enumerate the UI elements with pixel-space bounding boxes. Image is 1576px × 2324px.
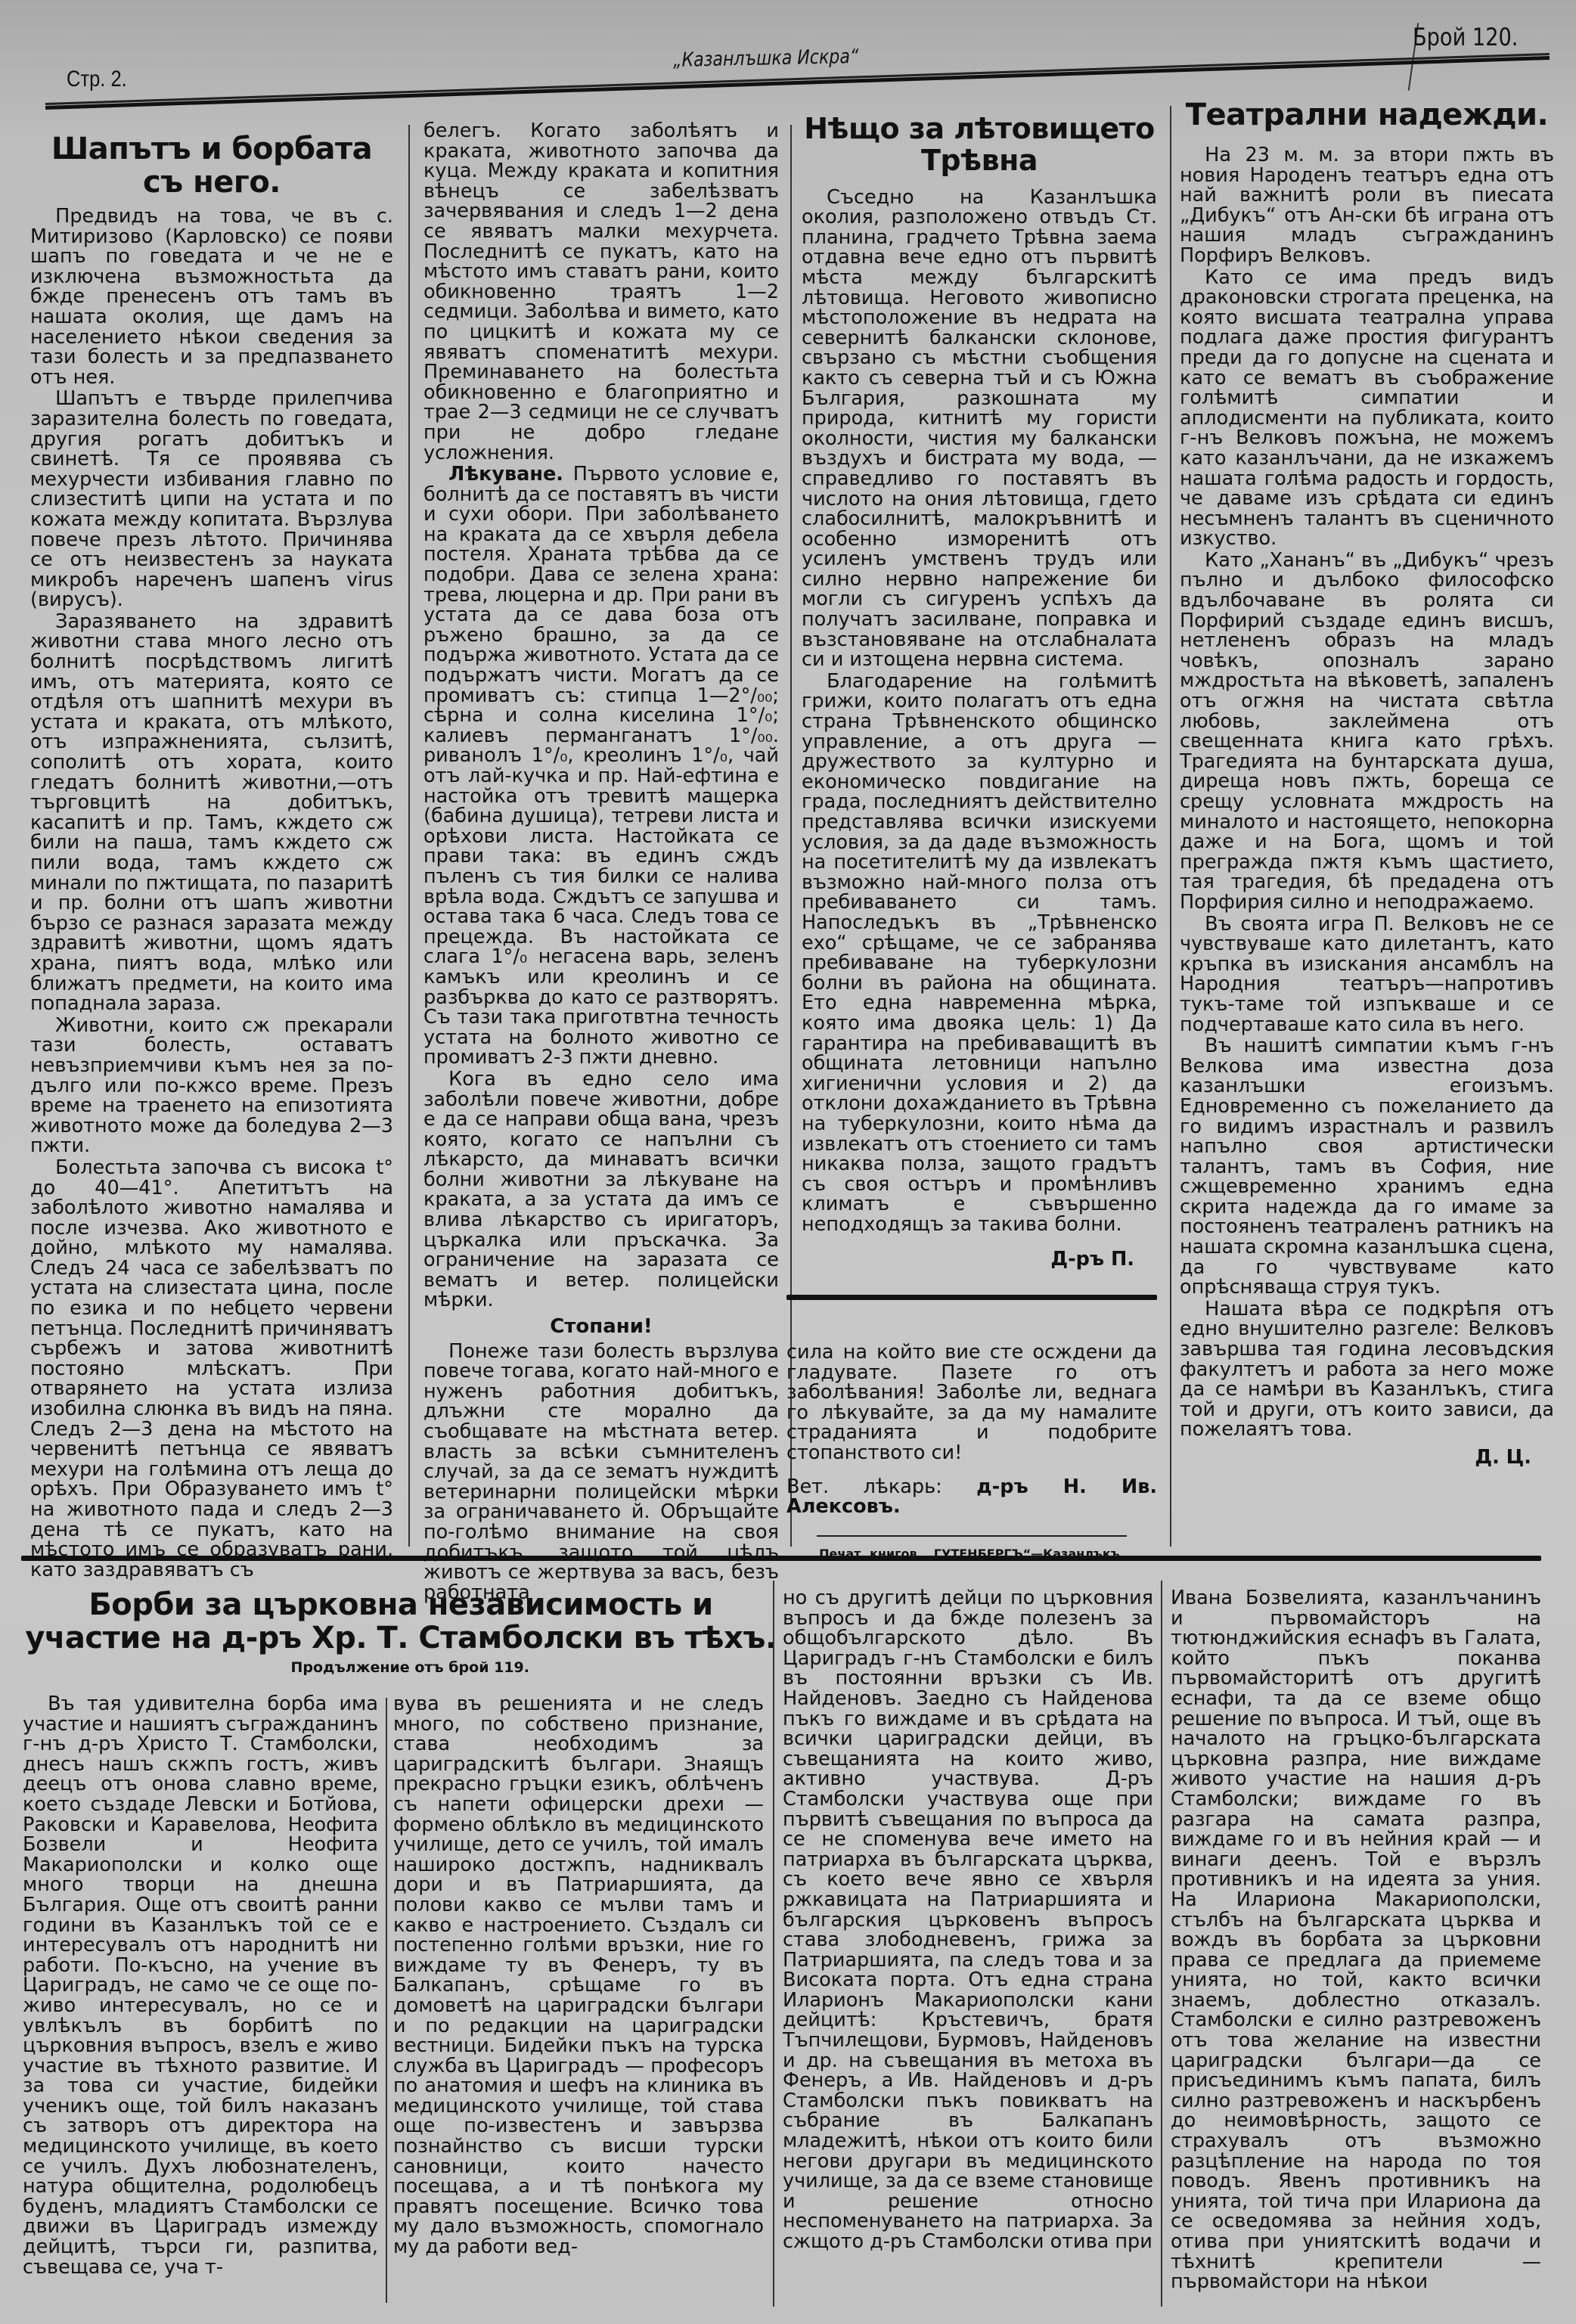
article-title-theatre: Театрални надежди. — [1180, 98, 1554, 132]
signature: Д-ръ П. — [802, 1249, 1157, 1270]
article-church-col1: Въ тая удивителна борба има участие и на… — [23, 1694, 378, 2279]
paragraph: но съ другитѣ дейци по църковния въпросъ… — [783, 1588, 1153, 2252]
continuation-note: Продължение отъ брой 119. — [23, 1659, 779, 1676]
paragraph: Шапътъ е твърде прилепчива заразителна б… — [30, 389, 393, 610]
paragraph: вува въ решенията и не следъ много, по с… — [393, 1694, 764, 2257]
article-title-shap: Шапътъ и борбата съ него. — [30, 132, 393, 199]
article-shap-col2: белегъ. Когато заболѣятъ и краката, живо… — [423, 121, 779, 1604]
article-church-col4: Ивана Бозвелията, казанлъчанинъ и първом… — [1171, 1588, 1541, 2294]
column-divider — [1170, 106, 1171, 1547]
treatment-label: Лѣкуване. — [448, 463, 563, 486]
paragraph: сила на който вие сте осждени да гладува… — [786, 1342, 1157, 1463]
paragraph: На 23 м. м. за втори пжть въ новия Народ… — [1180, 145, 1554, 266]
paragraph: Първото условие е, болнитѣ да се поставя… — [423, 463, 779, 1069]
paragraph: Ивана Бозвелията, казанлъчанинъ и първом… — [1171, 1588, 1541, 2292]
article-theatre: Театрални надежди. На 23 м. м. за втори … — [1180, 98, 1554, 1468]
article-church-col3: но съ другитѣ дейци по църковния въпросъ… — [783, 1588, 1153, 2254]
signature: Д. Ц. — [1180, 1447, 1554, 1468]
column-divider — [408, 125, 410, 1547]
paragraph: Кога въ едно село има заболѣли повече жи… — [423, 1069, 779, 1311]
appeal-heading: Стопани! — [423, 1317, 779, 1337]
column-divider — [386, 1698, 387, 2303]
article-church-header: Борби за църковна независимость и участи… — [23, 1588, 779, 1676]
article-church-col2: вува въ решенията и не следъ много, по с… — [393, 1694, 764, 2259]
newspaper-page: Стр. 2. „Казанлъшка Искра“ Брой 120. Шап… — [0, 0, 1576, 2324]
paragraph: Заразяването на здравитѣ животни става м… — [30, 612, 393, 1014]
paragraph: белегъ. Когато заболѣятъ и краката, живо… — [423, 121, 779, 463]
paragraph: Въ своята игра П. Велковъ не се чувствув… — [1180, 914, 1554, 1035]
column-divider — [1161, 1581, 1162, 2307]
section-rule — [786, 1295, 1157, 1300]
section-rule — [21, 1556, 1541, 1561]
paragraph: Нашата вѣра се подкрѣпя отъ едно внушите… — [1180, 1299, 1554, 1440]
paragraph: Съседно на Казанлъшка околия, разположен… — [802, 188, 1157, 670]
column-divider — [790, 125, 792, 1547]
article-title-tryavna: Нѣщо за лѣтовището Трѣвна — [802, 113, 1157, 177]
newspaper-name: „Казанлъшка Искра“ — [673, 45, 859, 72]
paragraph: Понеже тази болесть вързлува повече тога… — [423, 1342, 779, 1603]
page-number: Стр. 2. — [67, 67, 127, 92]
article-shap-end: сила на който вие сте осждени да гладува… — [786, 1342, 1157, 1564]
paragraph: Като се има предъ видъ драконовски строг… — [1180, 268, 1554, 549]
signature-prefix: Вет. лѣкарь: — [786, 1475, 942, 1498]
paragraph: Въ тая удивителна борба има участие и на… — [23, 1694, 378, 2277]
article-title-church: Борби за църковна независимость и участи… — [23, 1588, 779, 1655]
masthead: Стр. 2. „Казанлъшка Искра“ Брой 120. — [0, 0, 1576, 113]
issue-number: Брой 120. — [1413, 23, 1518, 51]
article-tryavna: Нѣщо за лѣтовището Трѣвна Съседно на Каз… — [802, 113, 1157, 1270]
paragraph: Животни, които сж прекарали тази болесть… — [30, 1016, 393, 1156]
paragraph: Въ нашитѣ симпатии къмъ г-нъ Велкова има… — [1180, 1036, 1554, 1298]
paragraph: Предвидъ на това, че въ с. Митиризово (К… — [30, 206, 393, 387]
paragraph: Болестьта започва съ висока t° до 40—41°… — [30, 1158, 393, 1580]
paragraph: Благодарение на голѣмитѣ грижи, които по… — [802, 672, 1157, 1235]
paragraph: Като „Хананъ“ въ „Дибукъ“ чрезъ пълно и … — [1180, 551, 1554, 913]
column-divider — [773, 1581, 774, 2307]
article-shap-col1: Шапътъ и борбата съ него. Предвидъ на то… — [30, 132, 393, 1581]
